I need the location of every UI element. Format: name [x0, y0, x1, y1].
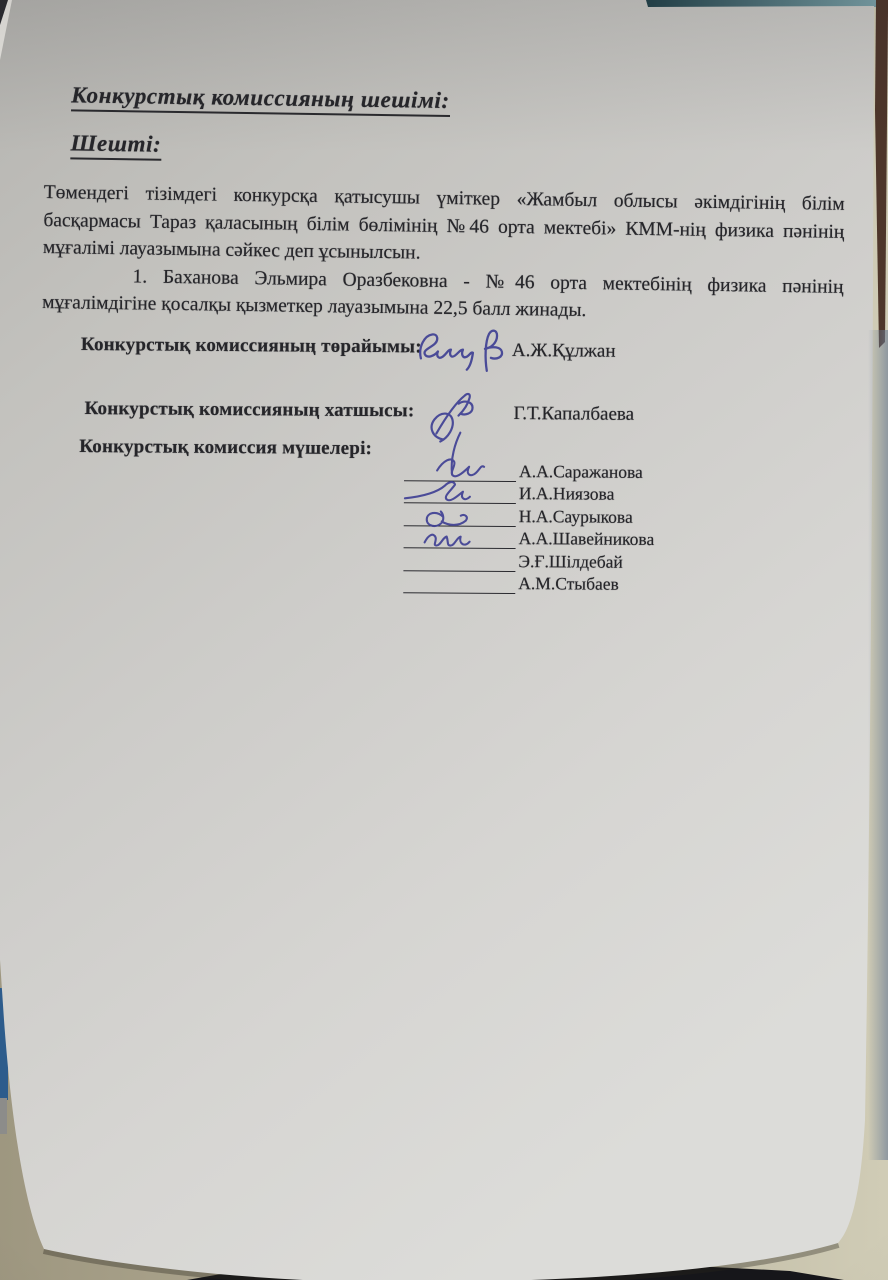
secretary-label: Конкурстық комиссияның хатшысы: — [84, 398, 414, 422]
member-name: А.А.Шавейникова — [519, 528, 655, 550]
chair-signature-ink — [415, 322, 515, 375]
signature-line — [403, 577, 515, 594]
member-row: А.А.Шавейникова — [404, 526, 655, 550]
members-label: Конкурстық комиссия мүшелері: — [79, 436, 372, 460]
members-list: А.А.Саражанова И.А.Ниязова Н.А.Саурыкова… — [403, 458, 655, 595]
member-name: Э.Ғ.Шілдебай — [518, 551, 623, 573]
photo-of-document: Конкурстық комиссияның шешімі: Шешті: Тө… — [0, 0, 888, 1280]
signature-line — [404, 487, 516, 504]
signature-line — [404, 465, 516, 482]
signature-line — [404, 532, 516, 549]
secretary-name: Г.Т.Капалбаева — [513, 403, 634, 426]
signature-block: Конкурстық комиссияның төрайымы: А.Ж.Құл… — [0, 0, 888, 1280]
member-row: А.М.Стыбаев — [403, 571, 654, 595]
member-name: Н.А.Саурыкова — [519, 506, 633, 528]
member-name: И.А.Ниязова — [519, 483, 615, 505]
member-row: Э.Ғ.Шілдебай — [403, 548, 654, 572]
member-row: И.А.Ниязова — [404, 481, 655, 505]
secretary-signature-ink — [419, 387, 481, 445]
member-row: Н.А.Саурыкова — [404, 503, 655, 527]
chair-label: Конкурстық комиссияның төрайымы: — [81, 334, 422, 358]
member-row: А.А.Саражанова — [404, 458, 655, 482]
member-name: А.М.Стыбаев — [518, 573, 619, 595]
member-name: А.А.Саражанова — [519, 461, 643, 483]
signature-line — [403, 555, 515, 572]
signature-line — [404, 510, 516, 527]
chair-name: А.Ж.Құлжан — [512, 340, 616, 363]
